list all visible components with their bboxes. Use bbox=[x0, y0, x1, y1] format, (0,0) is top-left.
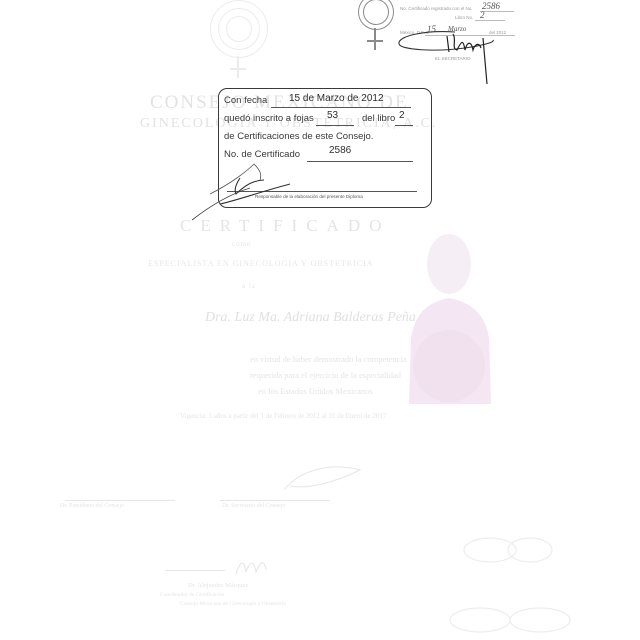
signature-center-name: Dr. Secretario del Consejo bbox=[222, 503, 285, 509]
reg-book-label: Libro No. bbox=[455, 15, 473, 20]
secretary-caption: EL SECRETARIO bbox=[435, 56, 471, 61]
recipient-name: Dra. Luz Ma. Adriana Balderas Peña bbox=[205, 310, 416, 326]
faint-signature-center bbox=[280, 450, 370, 500]
certificate-body-line-1: en virtud de haber demostrado la compete… bbox=[250, 354, 407, 364]
recipient-portrait bbox=[405, 228, 495, 404]
certificate-validity: Vigencia: 5 años a partir del 1 de Febre… bbox=[180, 412, 386, 420]
certificate-subtitle-a-la: a la bbox=[242, 282, 256, 290]
signature-bottom-sub: Consejo Mexicano de Ginecología y Obstet… bbox=[180, 601, 286, 607]
signature-left-name: Dr. Presidente del Consejo bbox=[60, 503, 124, 509]
libro-label: del libro bbox=[362, 113, 395, 124]
certificate-subtitle-como: como bbox=[232, 240, 252, 248]
certificado-value: 2586 bbox=[329, 145, 351, 156]
certificate-specialty: ESPECIALISTA EN GINECOLOGÍA Y OBSTETRICI… bbox=[148, 259, 374, 268]
reg-book-number: 2 bbox=[480, 10, 485, 20]
fojas-label: quedó inscrito a fojas bbox=[224, 113, 314, 124]
signature-bottom-title: Coordinador de Certificación bbox=[160, 592, 224, 598]
consejo-text: de Certificaciones de este Consejo. bbox=[224, 131, 373, 142]
fojas-value: 53 bbox=[327, 110, 338, 121]
faint-signature-bottom bbox=[232, 552, 272, 582]
signature-line-center bbox=[220, 500, 330, 501]
signature-bottom-name: Dr. Alejandro Márquez bbox=[188, 582, 248, 589]
certificate-body-line-2: requerida para el ejercicio de la especi… bbox=[250, 370, 401, 380]
certificate-body-line-3: en los Estados Unidos Mexicanos bbox=[258, 386, 373, 396]
reg-certificate-label: No. Certificado registrado con el No. bbox=[400, 6, 473, 11]
responsable-signature bbox=[190, 150, 310, 230]
signature-line-left bbox=[65, 500, 175, 501]
fecha-label: Con fecha bbox=[224, 95, 267, 106]
libro-value: 2 bbox=[399, 110, 405, 121]
faint-seal bbox=[420, 520, 600, 640]
fecha-value: 15 de Marzo de 2012 bbox=[289, 93, 384, 104]
signature-line-bottom bbox=[165, 570, 225, 571]
